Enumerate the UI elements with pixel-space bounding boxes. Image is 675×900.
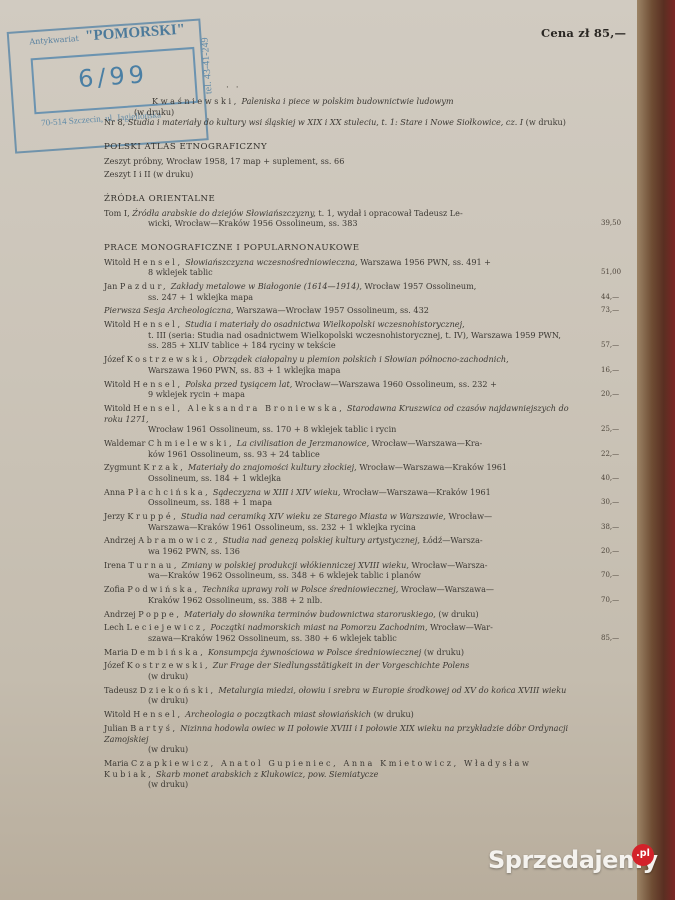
top-entry-2: Nr 8, Studia i materiały do kultury wsi … — [104, 117, 574, 128]
catalog-entry: Zofia Podwińska, Technika uprawy roli w … — [104, 584, 574, 605]
stamp-header-small: Antykwariat — [29, 34, 79, 46]
entry-price: 85,— — [601, 633, 619, 644]
author-first-name: Witold — [104, 403, 131, 413]
entry-title: La civilisation de Jerzmanowice, — [237, 438, 369, 448]
entry-details: (w druku) — [424, 647, 464, 657]
entry-line: Waldemar Chmielewski, La civilisation de… — [104, 438, 574, 449]
author-first-name: Witold — [104, 379, 131, 389]
entry-prefix: Nr 8, — [104, 117, 125, 127]
catalog-entry: Zeszyt I i II (w druku) — [104, 169, 574, 180]
entry-details: (w druku) — [438, 609, 478, 619]
author-surname: Krzak, — [143, 462, 185, 472]
entry-price: 25,— — [601, 424, 619, 435]
author-surname: Abramowicz, — [138, 535, 220, 545]
entry-continuation: Ossolineum, ss. 184 + 1 wklejka — [104, 473, 574, 484]
entry-title: Zmiany w polskiej produkcji włókiennicze… — [182, 560, 409, 570]
entry-line: Julian Bartyś, Nizinna hodowla owiec w I… — [104, 723, 574, 744]
entry-title: Technika uprawy roli w Polsce średniowie… — [202, 584, 398, 594]
author-first-name: Maria — [104, 758, 128, 768]
entry-continuation: ss. 247 + 1 wklejka mapa — [104, 292, 574, 303]
entry-price: 44,— — [601, 292, 619, 303]
entry-line: Witold Hensel, Słowiańszczyzna wczesnośr… — [104, 257, 574, 268]
catalog-entry: Julian Bartyś, Nizinna hodowla owiec w I… — [104, 723, 574, 755]
author-surname: Hensel, — [133, 709, 182, 719]
catalog-entry: Pierwsza Sesja Archeologiczna, Warszawa—… — [104, 305, 574, 316]
catalog-entry: Anna Płachcińska, Sądeczyzna w XIII i XI… — [104, 487, 574, 508]
entry-title: Obrządek ciałopalny u plemion polskich i… — [213, 354, 509, 364]
catalog-entry: Lech Leciejewicz, Początki nadmorskich m… — [104, 622, 574, 643]
entry-price: 16,— — [601, 365, 619, 376]
entry-title: Źródła arabskie do dziejów Słowiańszczyz… — [132, 208, 316, 218]
entry-continuation: Ossolineum, ss. 188 + 1 mapa — [104, 497, 574, 508]
entry-continuation: szawa—Kraków 1962 Ossolineum, ss. 380 + … — [104, 633, 574, 644]
author-first-name: Lech — [104, 622, 124, 632]
entry-title: Studia nad genezą polskiej kultury artys… — [223, 535, 420, 545]
entry-continuation: (w druku) — [104, 671, 574, 682]
entry-title: Zakłady metalowe w Białogonie (1614—1914… — [171, 281, 362, 291]
author-first-name: Witold — [104, 257, 131, 267]
section-title: PRACE MONOGRAFICZNE I POPULARNONAUKOWE — [104, 243, 574, 254]
entry-title: Polska przed tysiącem lat, — [185, 379, 292, 389]
entry-line: Andrzej Abramowicz, Studia nad genezą po… — [104, 535, 574, 546]
entry-price: 22,— — [601, 449, 619, 460]
entry-continuation: (w druku) — [104, 695, 574, 706]
entry-title: Pierwsza Sesja Archeologiczna, — [104, 305, 234, 315]
entry-details: Wrocław—Warszawa—Kraków 1961 — [359, 462, 507, 472]
entry-continuation: 8 wklejek tablic — [104, 267, 574, 278]
entry-continuation: (w druku) — [104, 744, 574, 755]
entry-continuation: wicki, Wrocław—Kraków 1956 Ossolineum, s… — [104, 218, 574, 229]
section-title: ŹRÓDŁA ORIENTALNE — [104, 194, 574, 205]
catalog-entry: Witold Hensel, Polska przed tysiącem lat… — [104, 379, 574, 400]
entry-price: 57,— — [601, 340, 619, 351]
entry-details: Wrocław—Warszawa 1960 Ossolineum, ss. 23… — [295, 379, 497, 389]
catalog-entry: Irena Turnau, Zmiany w polskiej produkcj… — [104, 560, 574, 581]
author-first-name: Józef — [104, 354, 124, 364]
entry-price: 38,— — [601, 522, 619, 533]
author-surname: Kruppé, — [127, 511, 178, 521]
catalog-entry: Józef Kostrzewski, Obrządek ciałopalny u… — [104, 354, 574, 375]
entry-title: Studia i materiały do osadnictwa Wielkop… — [185, 319, 464, 329]
author-first-name: Zygmunt — [104, 462, 141, 472]
watermark-badge: .pl — [632, 844, 654, 866]
author-first-name: Waldemar — [104, 438, 145, 448]
entry-price: 20,— — [601, 389, 619, 400]
author-first-name: Julian — [104, 723, 128, 733]
entry-line: Jerzy Kruppé, Studia nad ceramiką XIV wi… — [104, 511, 574, 522]
author-surname: Bartyś, — [130, 723, 177, 733]
entry-line: Witold Hensel, Polska przed tysiącem lat… — [104, 379, 574, 390]
entry-title: Paleniska i piece w polskim budownictwie… — [241, 96, 453, 106]
author-surname: Poppe, — [138, 609, 181, 619]
catalog-entry: Jerzy Kruppé, Studia nad ceramiką XIV wi… — [104, 511, 574, 532]
entry-line: Witold Hensel, Archeologia o początkach … — [104, 709, 574, 720]
entry-details: Wrocław—War- — [430, 622, 493, 632]
entry-line: Witold Hensel, Studia i materiały do osa… — [104, 319, 574, 330]
entry-title: Archeologia o początkach miast słowiańsk… — [185, 709, 371, 719]
author-surname: Dziekoński, — [140, 685, 216, 695]
entry-line: Witold Hensel, Aleksandra Broniewska, St… — [104, 403, 574, 424]
author-surname: Kwaśniewski, — [152, 96, 239, 106]
author-first-name: Witold — [104, 709, 131, 719]
entry-line: Lech Leciejewicz, Początki nadmorskich m… — [104, 622, 574, 633]
entry-price: 39,50 — [601, 218, 621, 229]
entry-details: Warszawa—Wrocław 1957 Ossolineum, ss. 43… — [236, 305, 429, 315]
author-first-name: Andrzej — [104, 609, 136, 619]
entry-line: Jan Pazdur, Zakłady metalowe w Białogoni… — [104, 281, 574, 292]
entry-line: Tom I, Źródła arabskie do dziejów Słowia… — [104, 208, 574, 219]
entry-continuation: (w druku) — [104, 107, 574, 118]
section-title: POLSKI ATLAS ETNOGRAFICZNY — [104, 142, 574, 153]
author-surname: Chmielewski, — [148, 438, 234, 448]
author-first-name: Józef — [104, 660, 124, 670]
entry-details: (w druku) — [374, 709, 414, 719]
entry-details: Wrocław—Warszawa—Kra- — [372, 438, 483, 448]
catalog-entry: Maria Czapkiewicz, Anatol Gupieniec, Ann… — [104, 758, 574, 790]
entry-continuation: 9 wklejek rycin + mapa — [104, 389, 574, 400]
catalog-entry: Maria Dembińska, Konsumpcja żywnościowa … — [104, 647, 574, 658]
author-first-name: Jerzy — [104, 511, 125, 521]
author-first-name: Irena — [104, 560, 126, 570]
entry-details: t. 1, wydał i opracował Tadeusz Le- — [318, 208, 462, 218]
entry-text: Zeszyt próbny, Wrocław 1958, 17 map + su… — [104, 156, 344, 166]
entry-price: 20,— — [601, 546, 619, 557]
entry-title: Konsumpcja żywnościowa w Polsce średniow… — [208, 647, 421, 657]
author-surname: Hensel, Aleksandra Broniewska, — [133, 403, 344, 413]
author-first-name: Tadeusz — [104, 685, 137, 695]
catalog-entry: Zeszyt próbny, Wrocław 1958, 17 map + su… — [104, 156, 574, 167]
entry-title: Zur Frage der Siedlungsstätigkeit in der… — [213, 660, 470, 670]
entry-text: Zeszyt I i II (w druku) — [104, 169, 193, 179]
entry-details: Warszawa 1956 PWN, ss. 491 + — [360, 257, 491, 267]
entry-continuation: ków 1961 Ossolineum, ss. 93 + 24 tablice — [104, 449, 574, 460]
entry-details: Wrocław—Warszawa—Kraków 1961 — [343, 487, 491, 497]
entry-continuation: Wrocław 1961 Ossolineum, ss. 170 + 8 wkl… — [104, 424, 574, 435]
entry-line: Anna Płachcińska, Sądeczyzna w XIII i XI… — [104, 487, 574, 498]
entry-title: Materiały do znajomości kultury złockiej… — [188, 462, 357, 472]
author-surname: Kostrzewski, — [127, 354, 210, 364]
catalog-entry: Waldemar Chmielewski, La civilisation de… — [104, 438, 574, 459]
author-surname: Płachcińska, — [128, 487, 211, 497]
catalog-entry: Tadeusz Dziekoński, Metalurgia miedzi, o… — [104, 685, 574, 706]
entry-line: Maria Czapkiewicz, Anatol Gupieniec, Ann… — [104, 758, 574, 779]
entry-details: Wrocław 1957 Ossolineum, — [365, 281, 477, 291]
entry-line: Andrzej Poppe, Materiały do słownika ter… — [104, 609, 574, 620]
entry-continuation: Kraków 1962 Ossolineum, ss. 388 + 2 nlb. — [104, 595, 574, 606]
entry-title: Studia i materiały do kultury wsi śląski… — [128, 117, 523, 127]
catalog-entry: Zygmunt Krzak, Materiały do znajomości k… — [104, 462, 574, 483]
author-surname: Pazdur, — [120, 281, 168, 291]
author-first-name: Maria — [104, 647, 128, 657]
entry-title: Sądeczyzna w XIII i XIV wieku, — [213, 487, 341, 497]
author-surname: Kostrzewski, — [127, 660, 210, 670]
entry-title: Słowiańszczyzna wczesnośredniowieczna, — [185, 257, 357, 267]
entry-line: Irena Turnau, Zmiany w polskiej produkcj… — [104, 560, 574, 571]
entry-line: Pierwsza Sesja Archeologiczna, Warszawa—… — [104, 305, 574, 316]
author-surname: Hensel, — [133, 319, 182, 329]
catalog-entry: Tom I, Źródła arabskie do dziejów Słowia… — [104, 208, 574, 229]
entry-price: 40,— — [601, 473, 619, 484]
entry-price: 30,— — [601, 497, 619, 508]
author-first-name: Zofia — [104, 584, 125, 594]
price-header: Cena zł 85,— — [541, 26, 626, 40]
catalog-entry: Witold Hensel, Studia i materiały do osa… — [104, 319, 574, 351]
entry-details: Wrocław— — [448, 511, 492, 521]
entry-continuation: Warszawa 1960 PWN, ss. 83 + 1 wklejka ma… — [104, 365, 574, 376]
entry-price: 73,— — [601, 305, 619, 316]
entry-prefix: Tom I, — [104, 208, 130, 218]
entry-line: Zeszyt I i II (w druku) — [104, 169, 574, 180]
author-first-name: Jan — [104, 281, 117, 291]
entry-line: Józef Kostrzewski, Obrządek ciałopalny u… — [104, 354, 574, 365]
decorative-dots: · · — [226, 83, 241, 93]
author-first-name: Witold — [104, 319, 131, 329]
catalog-entry: Witold Hensel, Słowiańszczyzna wczesnośr… — [104, 257, 574, 278]
entry-price: 70,— — [601, 570, 619, 581]
catalog-entry: Jan Pazdur, Zakłady metalowe w Białogoni… — [104, 281, 574, 302]
entry-title: Metalurgia miedzi, ołowiu i srebra w Eur… — [218, 685, 566, 695]
entry-title: Początki nadmorskich miast na Pomorzu Za… — [211, 622, 428, 632]
entry-continuation: (w druku) — [104, 779, 574, 790]
author-surname: Leciejewicz, — [127, 622, 208, 632]
author-surname: Turnau, — [128, 560, 179, 570]
entry-line: Maria Dembińska, Konsumpcja żywnościowa … — [104, 647, 574, 658]
author-surname: Podwińska, — [127, 584, 199, 594]
catalog-entry: Andrzej Poppe, Materiały do słownika ter… — [104, 609, 574, 620]
entry-price: 70,— — [601, 595, 619, 606]
entry-continuation: Warszawa—Kraków 1961 Ossolineum, ss. 232… — [104, 522, 574, 533]
entry-details: Wrocław—Warszawa— — [401, 584, 494, 594]
entry-line: Tadeusz Dziekoński, Metalurgia miedzi, o… — [104, 685, 574, 696]
entry-continuation: wa—Kraków 1962 Ossolineum, ss. 348 + 6 w… — [104, 570, 574, 581]
entry-details: Wrocław—Warsza- — [411, 560, 487, 570]
entry-tail: (w druku) — [526, 117, 566, 127]
entry-line: Józef Kostrzewski, Zur Frage der Siedlun… — [104, 660, 574, 671]
book-spine — [637, 0, 675, 900]
entry-line: Zeszyt próbny, Wrocław 1958, 17 map + su… — [104, 156, 574, 167]
entry-title: Materiały do słownika terminów budownict… — [184, 609, 436, 619]
stamp-number: 6/99 — [77, 60, 149, 93]
catalog-entry: Witold Hensel, Aleksandra Broniewska, St… — [104, 403, 574, 435]
entry-line: Zygmunt Krzak, Materiały do znajomości k… — [104, 462, 574, 473]
catalog-entry: Józef Kostrzewski, Zur Frage der Siedlun… — [104, 660, 574, 681]
entry-line: Zofia Podwińska, Technika uprawy roli w … — [104, 584, 574, 595]
sections-container: POLSKI ATLAS ETNOGRAFICZNYZeszyt próbny,… — [104, 142, 574, 790]
entry-continuation: t. III (seria: Studia nad osadnictwem Wi… — [104, 330, 574, 351]
author-surname: Hensel, — [133, 379, 182, 389]
entry-price: 51,00 — [601, 267, 621, 278]
author-first-name: Anna — [104, 487, 125, 497]
entry-continuation: wa 1962 PWN, ss. 136 — [104, 546, 574, 557]
entry-title: Studia nad ceramiką XIV wieku ze Starego… — [181, 511, 446, 521]
entry-details: Łódź—Warsza- — [423, 535, 483, 545]
catalog-entry: Witold Hensel, Archeologia o początkach … — [104, 709, 574, 720]
author-first-name: Andrzej — [104, 535, 136, 545]
catalog-listing: Kwaśniewski, Paleniska i piece w polskim… — [104, 96, 574, 790]
entry-title: Skarb monet arabskich z Klukowicz, pow. … — [156, 769, 378, 779]
top-entry-1: Kwaśniewski, Paleniska i piece w polskim… — [104, 96, 574, 117]
author-surname: Hensel, — [133, 257, 182, 267]
author-surname: Dembińska, — [131, 647, 205, 657]
catalog-entry: Andrzej Abramowicz, Studia nad genezą po… — [104, 535, 574, 556]
